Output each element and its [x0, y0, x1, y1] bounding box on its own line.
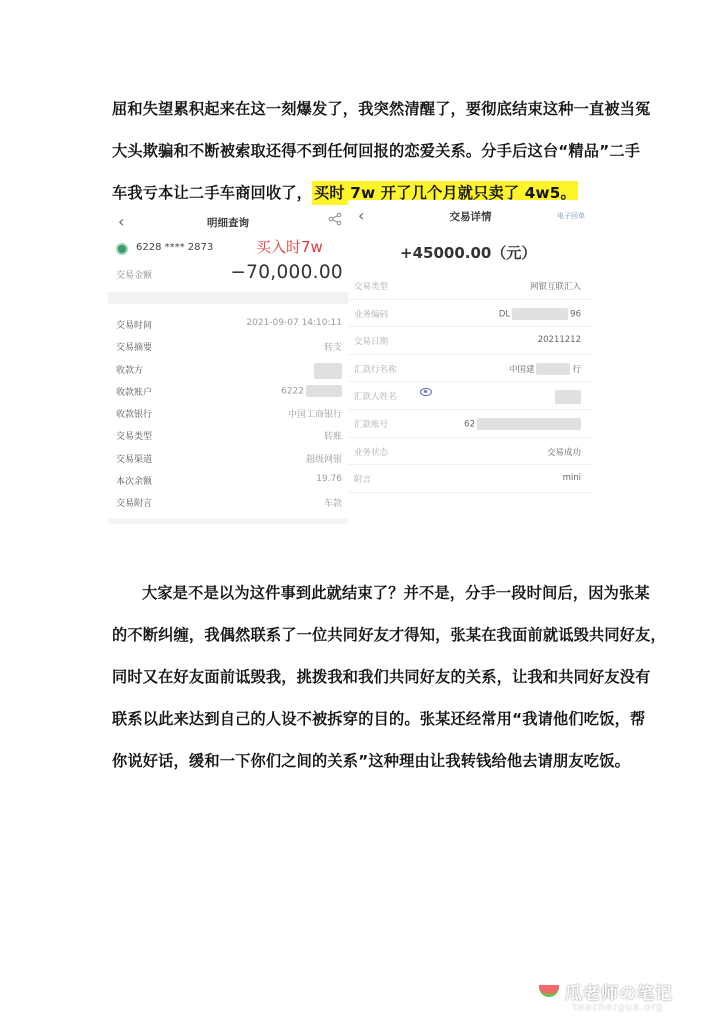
paragraph-continuation: 大家是不是以为这件事到此就结束了？并不是，分手一段时间后，因为张某 的不断纠缠，…	[112, 572, 616, 782]
row-label: 交易渠道	[116, 452, 152, 465]
detail-row: 交易类型转账	[108, 425, 348, 447]
redacted-block	[306, 385, 342, 397]
detail-row: 业务状态交易成功	[348, 438, 593, 466]
row-value: 转账	[324, 429, 342, 442]
redacted-value	[555, 390, 581, 404]
text-line: 大头欺骗和不断被索取还得不到任何回报的恋爱关系。分手后这台“精品”二手	[112, 130, 616, 172]
row-value: 2021-09-07 14:10:11	[246, 318, 342, 328]
detail-row: 收款账户6222	[108, 381, 348, 403]
detail-row: 交易日期20211212	[348, 327, 593, 355]
paragraph-intro: 屈和失望累积起来在这一刻爆发了，我突然清醒了，要彻底结束这种一直被当冤 大头欺骗…	[112, 88, 616, 214]
watermelon-icon	[539, 985, 559, 997]
account-row: 6228 **** 2873 买入时7w	[108, 238, 348, 262]
row-value: 20211212	[538, 335, 581, 345]
row-label: 收款银行	[116, 407, 152, 420]
detail-row: 汇款行名称中国建行	[348, 355, 593, 383]
row-label: 附言	[354, 473, 371, 485]
purchase-transaction-screenshot: ‹ 明细查询 6228 **** 2873 买入时7w 交易金额 −70,000…	[108, 206, 348, 524]
detail-list: 交易时间2021-09-07 14:10:11 交易摘要转支 收款方 收款账户6…	[108, 314, 348, 515]
watermark-title: 瓜老师の笔记	[565, 979, 673, 1004]
bank-logo-icon	[116, 243, 128, 255]
value-prefix: DL	[499, 309, 510, 319]
value-prefix: 62	[464, 419, 475, 429]
amount-value: +45000.00（元）	[348, 232, 593, 272]
row-value: mini	[563, 473, 581, 483]
row-label: 业务编码	[354, 308, 388, 320]
row-value: 转支	[324, 340, 342, 353]
account-number: 6228 **** 2873	[136, 242, 213, 253]
screenshot-header: ‹ 明细查询	[108, 206, 348, 238]
value-prefix: 6222	[281, 386, 304, 396]
share-icon	[328, 212, 342, 226]
detail-row: 交易类型网银互联汇入	[348, 272, 593, 300]
row-value: 19.76	[316, 474, 342, 484]
row-label: 本次余额	[116, 474, 152, 487]
detail-row: 收款方	[108, 359, 348, 381]
row-label: 交易附言	[116, 496, 152, 509]
row-label: 交易时间	[116, 318, 152, 331]
row-value: DL96	[499, 308, 581, 320]
detail-row: 交易渠道超级网银	[108, 448, 348, 470]
row-label: 汇款行名称	[354, 363, 397, 375]
row-label: 汇款账号	[354, 418, 388, 430]
text-line: 大家是不是以为这件事到此就结束了？并不是，分手一段时间后，因为张某	[112, 572, 616, 614]
row-label: 汇款人姓名	[354, 390, 397, 402]
detail-row: 附言mini	[348, 465, 593, 493]
watermark: 瓜老师の笔记 teachergua.org	[535, 975, 715, 1020]
row-value: 中国工商银行	[288, 407, 342, 420]
amount-value: −70,000.00	[230, 262, 343, 283]
row-value: 交易成功	[547, 446, 581, 458]
detail-row: 交易时间2021-09-07 14:10:11	[108, 314, 348, 336]
text-line: 联系以此来达到自己的人设不被拆穿的目的。张某还经常用“我请他们吃饭，帮	[112, 698, 616, 740]
detail-row: 收款银行中国工商银行	[108, 403, 348, 425]
eye-icon	[420, 388, 432, 396]
e-receipt-link: 电子回单	[557, 211, 585, 221]
row-value: 中国建行	[509, 363, 581, 376]
amount-label: 交易金额	[116, 268, 152, 281]
row-label: 业务状态	[354, 446, 388, 458]
detail-row: 业务编码DL96	[348, 300, 593, 328]
screenshot-header: ‹ 交易详情 电子回单	[348, 200, 593, 232]
text-segment: 车我亏本让二手车商回收了，	[112, 184, 312, 202]
row-label: 交易类型	[354, 280, 388, 292]
value-suffix: 行	[572, 365, 581, 375]
text-line: 的不断纠缠，我偶然联系了一位共同好友才得知，张某在我面前就诋毁共同好友，	[112, 614, 616, 656]
value-suffix: 96	[570, 309, 581, 319]
row-label: 交易类型	[116, 429, 152, 442]
redacted-value	[314, 363, 342, 379]
detail-row: 汇款账号62	[348, 410, 593, 438]
divider	[108, 518, 348, 524]
divider	[108, 292, 348, 304]
amount-row: 交易金额 −70,000.00	[108, 262, 348, 290]
watermark-subtitle: teachergua.org	[573, 1002, 664, 1013]
redacted-block	[512, 308, 568, 320]
detail-row: 本次余额19.76	[108, 470, 348, 492]
text-line: 同时又在好友面前诋毁我，挑拨我和我们共同好友的关系，让我和共同好友没有	[112, 656, 616, 698]
sale-transaction-screenshot: ‹ 交易详情 电子回单 +45000.00（元） 交易类型网银互联汇入 业务编码…	[348, 200, 593, 520]
redacted-block	[477, 418, 581, 430]
row-label: 收款账户	[116, 385, 152, 398]
text-line: 你说好话，缓和一下你们之间的关系”这种理由让我转钱给他去请朋友吃饭。	[112, 740, 616, 782]
row-value: 车款	[324, 496, 342, 509]
row-label: 交易日期	[354, 335, 388, 347]
annotation-label: 买入时7w	[256, 236, 323, 257]
redacted-block	[536, 363, 570, 375]
row-value: 网银互联汇入	[530, 280, 581, 292]
text-line: 屈和失望累积起来在这一刻爆发了，我突然清醒了，要彻底结束这种一直被当冤	[112, 88, 616, 130]
detail-row: 交易附言车款	[108, 492, 348, 514]
row-value: 62	[464, 418, 581, 430]
row-value: 超级网银	[306, 452, 342, 465]
detail-list: 交易类型网银互联汇入 业务编码DL96 交易日期20211212 汇款行名称中国…	[348, 272, 593, 493]
row-label: 收款方	[116, 363, 143, 376]
value-prefix: 中国建	[509, 365, 535, 375]
screenshot-title: 明细查询	[108, 215, 348, 230]
row-value: 6222	[281, 385, 342, 397]
detail-row: 汇款人姓名	[348, 382, 593, 410]
row-label: 交易摘要	[116, 340, 152, 353]
detail-row: 交易摘要转支	[108, 336, 348, 358]
